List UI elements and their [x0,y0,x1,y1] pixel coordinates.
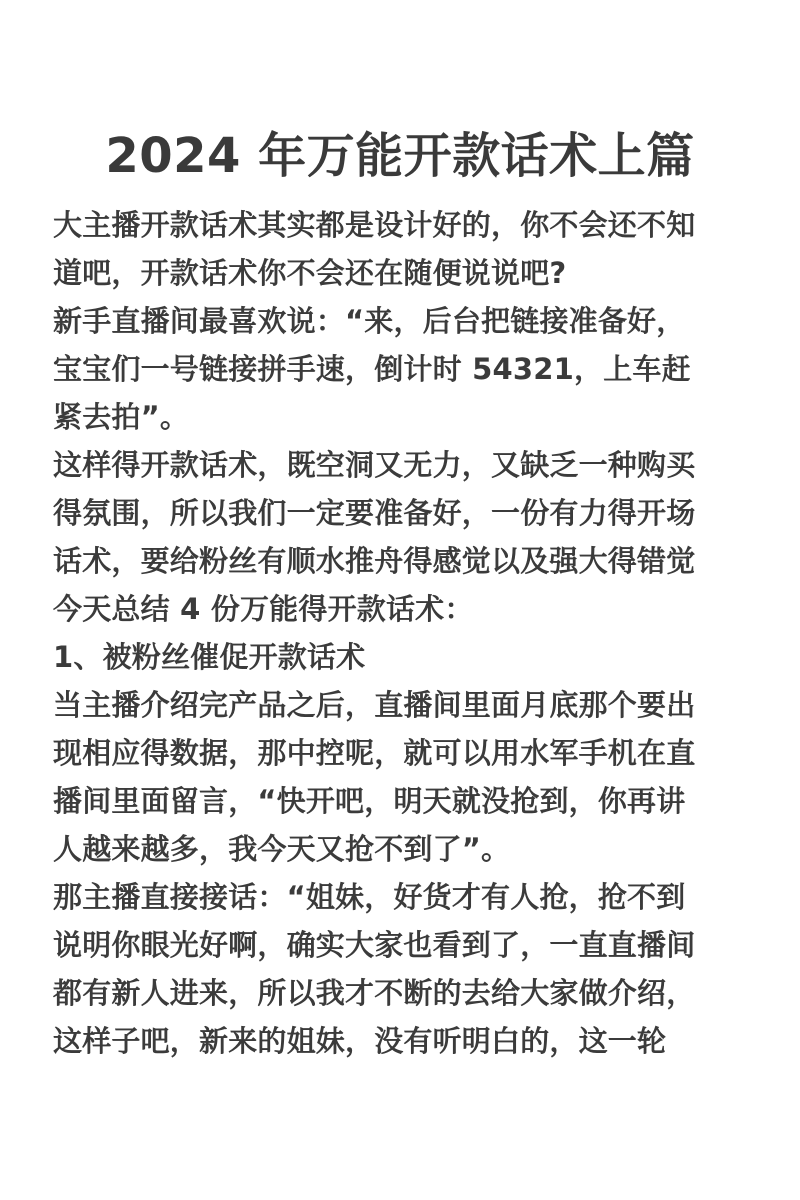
paragraph-line: 得氛围，所以我们一定要准备好，一份有力得开场 [53,489,753,537]
paragraph-line: 现相应得数据，那中控呢，就可以用水军手机在直 [53,729,753,777]
document-page: 2024 年万能开款话术上篇 大主播开款话术其实都是设计好的，你不会还不知 道吧… [0,0,800,1200]
paragraph-line: 新手直播间最喜欢说：“来，后台把链接准备好， [53,297,753,345]
paragraph-line: 这样子吧，新来的姐妹，没有听明白的，这一轮 [53,1017,753,1065]
paragraph-line: 那主播直接接话：“姐妹，好货才有人抢，抢不到 [53,873,753,921]
paragraph-line: 这样得开款话术，既空洞又无力，又缺乏一种购买 [53,441,753,489]
paragraph-line: 当主播介绍完产品之后，直播间里面月底那个要出 [53,681,753,729]
section-heading: 1、被粉丝催促开款话术 [53,633,753,681]
paragraph-line: 宝宝们一号链接拼手速，倒计时 54321，上车赶 [53,345,753,393]
paragraph-line: 说明你眼光好啊，确实大家也看到了，一直直播间 [53,921,753,969]
paragraph-line: 人越来越多，我今天又抢不到了”。 [53,825,753,873]
paragraph-line: 播间里面留言，“快开吧，明天就没抢到，你再讲 [53,777,753,825]
paragraph-line: 大主播开款话术其实都是设计好的，你不会还不知 [53,201,753,249]
document-title: 2024 年万能开款话术上篇 [0,124,800,188]
paragraph-line: 都有新人进来，所以我才不断的去给大家做介绍， [53,969,753,1017]
paragraph-line: 话术，要给粉丝有顺水推舟得感觉以及强大得错觉 [53,537,753,585]
paragraph-line: 紧去拍”。 [53,393,753,441]
document-body: 大主播开款话术其实都是设计好的，你不会还不知 道吧，开款话术你不会还在随便说说吧… [53,201,753,1065]
paragraph-line: 道吧，开款话术你不会还在随便说说吧? [53,249,753,297]
paragraph-line: 今天总结 4 份万能得开款话术： [53,585,753,633]
